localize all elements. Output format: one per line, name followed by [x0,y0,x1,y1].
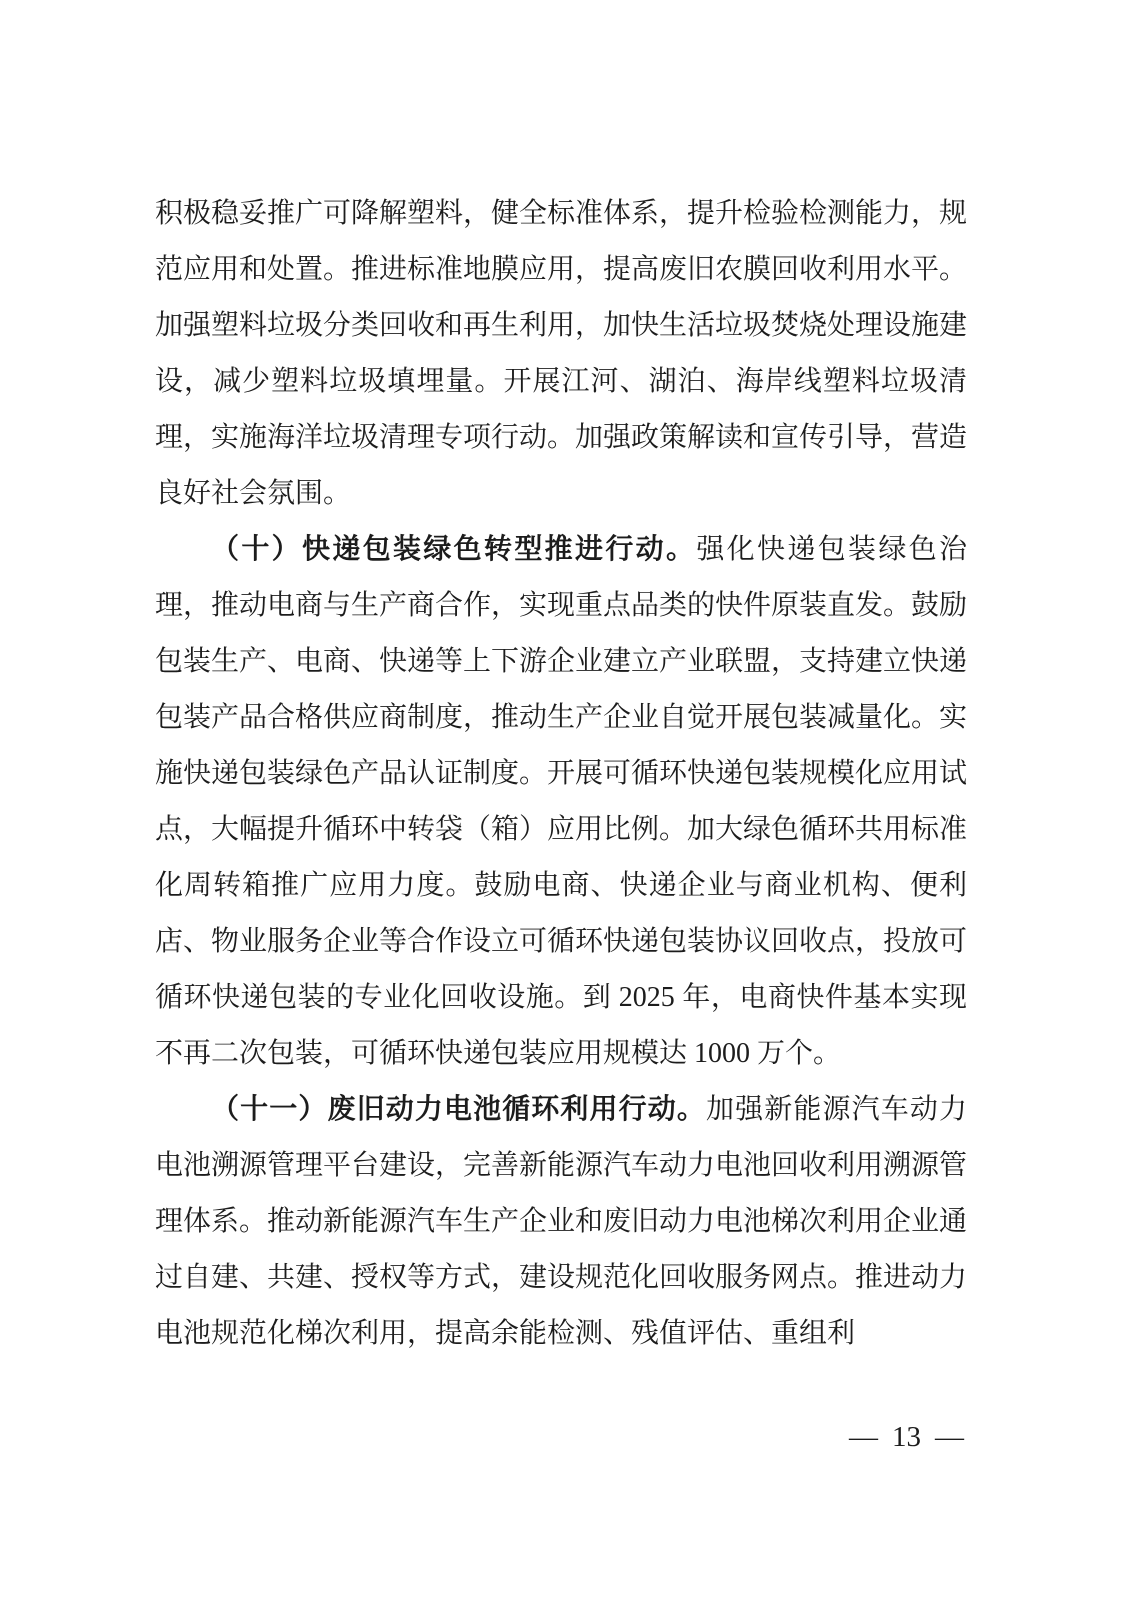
section-heading-ten: （十）快递包装绿色转型推进行动。 [211,534,696,565]
document-page: 积极稳妥推广可降解塑料，健全标准体系，提升检验检测能力，规范应用和处置。推进标准… [0,0,1132,1600]
page-number-dash-left: — [849,1420,878,1454]
page-number-dash-right: — [935,1420,964,1454]
page-footer: — 13 — [849,1420,964,1454]
document-body: 积极稳妥推广可降解塑料，健全标准体系，提升检验检测能力，规范应用和处置。推进标准… [155,186,967,1362]
paragraph-text: 加强新能源汽车动力电池溯源管理平台建设，完善新能源汽车动力电池回收利用溯源管理体… [155,1094,967,1349]
paragraph-express-packaging-action: （十）快递包装绿色转型推进行动。强化快递包装绿色治理，推动电商与生产商合作，实现… [155,522,967,1082]
paragraph-plastic-pollution-continuation: 积极稳妥推广可降解塑料，健全标准体系，提升检验检测能力，规范应用和处置。推进标准… [155,186,967,522]
paragraph-text: 积极稳妥推广可降解塑料，健全标准体系，提升检验检测能力，规范应用和处置。推进标准… [155,198,967,509]
paragraph-text: 强化快递包装绿色治理，推动电商与生产商合作，实现重点品类的快件原装直发。鼓励包装… [155,534,967,1069]
section-heading-eleven: （十一）废旧动力电池循环利用行动。 [211,1094,706,1125]
paragraph-battery-recycling-action: （十一）废旧动力电池循环利用行动。加强新能源汽车动力电池溯源管理平台建设，完善新… [155,1082,967,1362]
page-number: 13 [892,1420,921,1454]
